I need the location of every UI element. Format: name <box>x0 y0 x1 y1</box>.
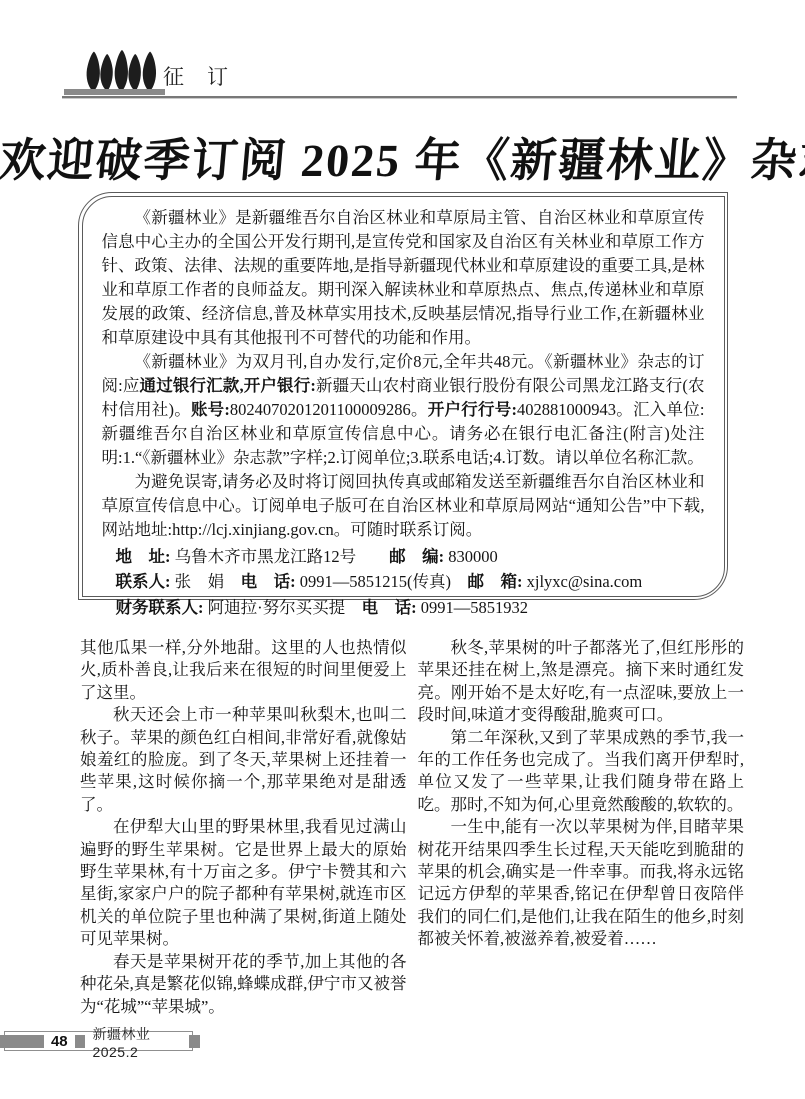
article-paragraph: 在伊犁大山里的野果林里,我看见过满山遍野的野生苹果树。它是世界上最大的原始野生苹… <box>80 816 407 950</box>
contact-person-line: 联系人: 张 娟 电 话: 0991—5851215(传真) 邮 箱: xjly… <box>116 569 705 595</box>
subscription-notice-box-inner: 《新疆林业》是新疆维吾尔自治区林业和草原局主管、自治区林业和草原宣传信息中心主办… <box>82 196 725 597</box>
page-number: 48 <box>51 1033 68 1050</box>
magazine-page: 征 订 欢迎破季订阅 2025 年《新疆林业》杂志 《新疆林业》是新疆维吾尔自治… <box>0 0 805 1099</box>
trees-underline-bar <box>64 89 165 95</box>
article-left-column: 其他瓜果一样,分外地甜。这里的人也热情似火,质朴善良,让我后来在很短的时间里便爱… <box>80 637 407 1018</box>
article-paragraph: 第二年深秋,又到了苹果成熟的季节,我一年的工作任务也完成了。当我们离开伊犁时,单… <box>418 727 745 817</box>
subscription-notice-box: 《新疆林业》是新疆维吾尔自治区林业和草原局主管、自治区林业和草原宣传信息中心主办… <box>78 192 728 600</box>
article-paragraph: 一生中,能有一次以苹果树为伴,目睹苹果树花开结果四季生长过程,天天能吃到脆甜的苹… <box>418 816 745 950</box>
trees-icon <box>83 44 161 92</box>
footer-square-icon <box>75 1035 86 1048</box>
article-columns: 其他瓜果一样,分外地甜。这里的人也热情似火,质朴善良,让我后来在很短的时间里便爱… <box>80 637 744 1018</box>
article-paragraph: 秋天还会上市一种苹果叫秋梨木,也叫二秋子。苹果的颜色红白相间,非常好看,就像姑娘… <box>80 704 407 816</box>
journal-issue: 新疆林业 2025.2 <box>92 1024 182 1060</box>
contact-block: 地 址: 乌鲁木齐市黑龙江路12号 邮 编: 830000 联系人: 张 娟 电… <box>116 544 705 621</box>
page-footer: 48 新疆林业 2025.2 <box>0 1031 200 1052</box>
section-label: 征 订 <box>163 61 229 91</box>
header-rule <box>62 96 737 98</box>
contact-finance-line: 财务联系人: 阿迪拉·努尔买买提 电 话: 0991—5851932 <box>116 595 705 621</box>
article-right-column: 秋冬,苹果树的叶子都落光了,但红彤彤的苹果还挂在树上,煞是漂亮。摘下来时通红发亮… <box>418 637 745 1018</box>
notice-paragraph-2: 《新疆林业》为双月刊,自办发行,定价8元,全年共48元。《新疆林业》杂志的订阅:… <box>102 350 705 470</box>
article-paragraph: 春天是苹果树开花的季节,加上其他的各种花朵,真是繁花似锦,蜂蝶成群,伊宁市又被誉… <box>80 951 407 1018</box>
notice-paragraph-1: 《新疆林业》是新疆维吾尔自治区林业和草原局主管、自治区林业和草原宣传信息中心主办… <box>102 206 705 350</box>
page-title: 欢迎破季订阅 2025 年《新疆林业》杂志 <box>0 124 805 190</box>
footer-square-icon <box>189 1035 200 1048</box>
footer-content: 48 新疆林业 2025.2 <box>0 1031 200 1052</box>
contact-address-line: 地 址: 乌鲁木齐市黑龙江路12号 邮 编: 830000 <box>116 544 705 570</box>
footer-left-bar <box>0 1035 44 1048</box>
article-paragraph: 其他瓜果一样,分外地甜。这里的人也热情似火,质朴善良,让我后来在很短的时间里便爱… <box>80 637 407 704</box>
notice-paragraph-3: 为避免误寄,请务必及时将订阅回执传真或邮箱发送至新疆维吾尔自治区林业和草原宣传信… <box>102 470 705 542</box>
article-paragraph: 秋冬,苹果树的叶子都落光了,但红彤彤的苹果还挂在树上,煞是漂亮。摘下来时通红发亮… <box>418 637 745 727</box>
